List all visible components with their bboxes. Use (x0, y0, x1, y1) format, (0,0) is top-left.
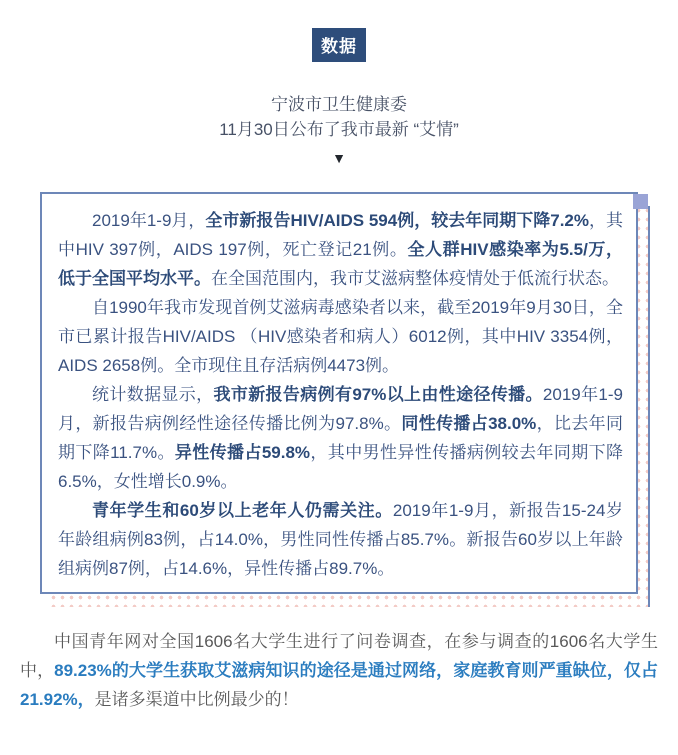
down-triangle-icon: ▼ (0, 151, 678, 165)
intro-line-source: 宁波市卫生健康委 (0, 92, 678, 117)
box-content: 2019年1-9月，全市新报告HIV/AIDS 594例，较去年同期下降7.2%… (40, 192, 638, 594)
box-corner-square-icon (633, 194, 648, 209)
box-paragraph-age-groups: 青年学生和60岁以上老年人仍需关注。2019年1-9月，新报告15-24岁年龄组… (58, 496, 623, 583)
data-quote-box: 2019年1-9月，全市新报告HIV/AIDS 594例，较去年同期下降7.2%… (40, 192, 638, 594)
intro-text: 宁波市卫生健康委 11月30日公布了我市最新 “艾情” (0, 92, 678, 142)
section-badge: 数据 (312, 28, 366, 62)
intro-line-announcement: 11月30日公布了我市最新 “艾情” (0, 117, 678, 142)
box-paragraph-overview: 2019年1-9月，全市新报告HIV/AIDS 594例，较去年同期下降7.2%… (58, 206, 623, 293)
survey-paragraph: 中国青年网对全国1606名大学生进行了问卷调查，在参与调查的1606名大学生中，… (20, 627, 658, 714)
box-paragraph-transmission: 统计数据显示，我市新报告病例有97%以上由性途径传播。2019年1-9月，新报告… (58, 380, 623, 496)
box-paragraph-cumulative: 自1990年我市发现首例艾滋病毒感染者以来，截至2019年9月30日，全市已累计… (58, 293, 623, 380)
